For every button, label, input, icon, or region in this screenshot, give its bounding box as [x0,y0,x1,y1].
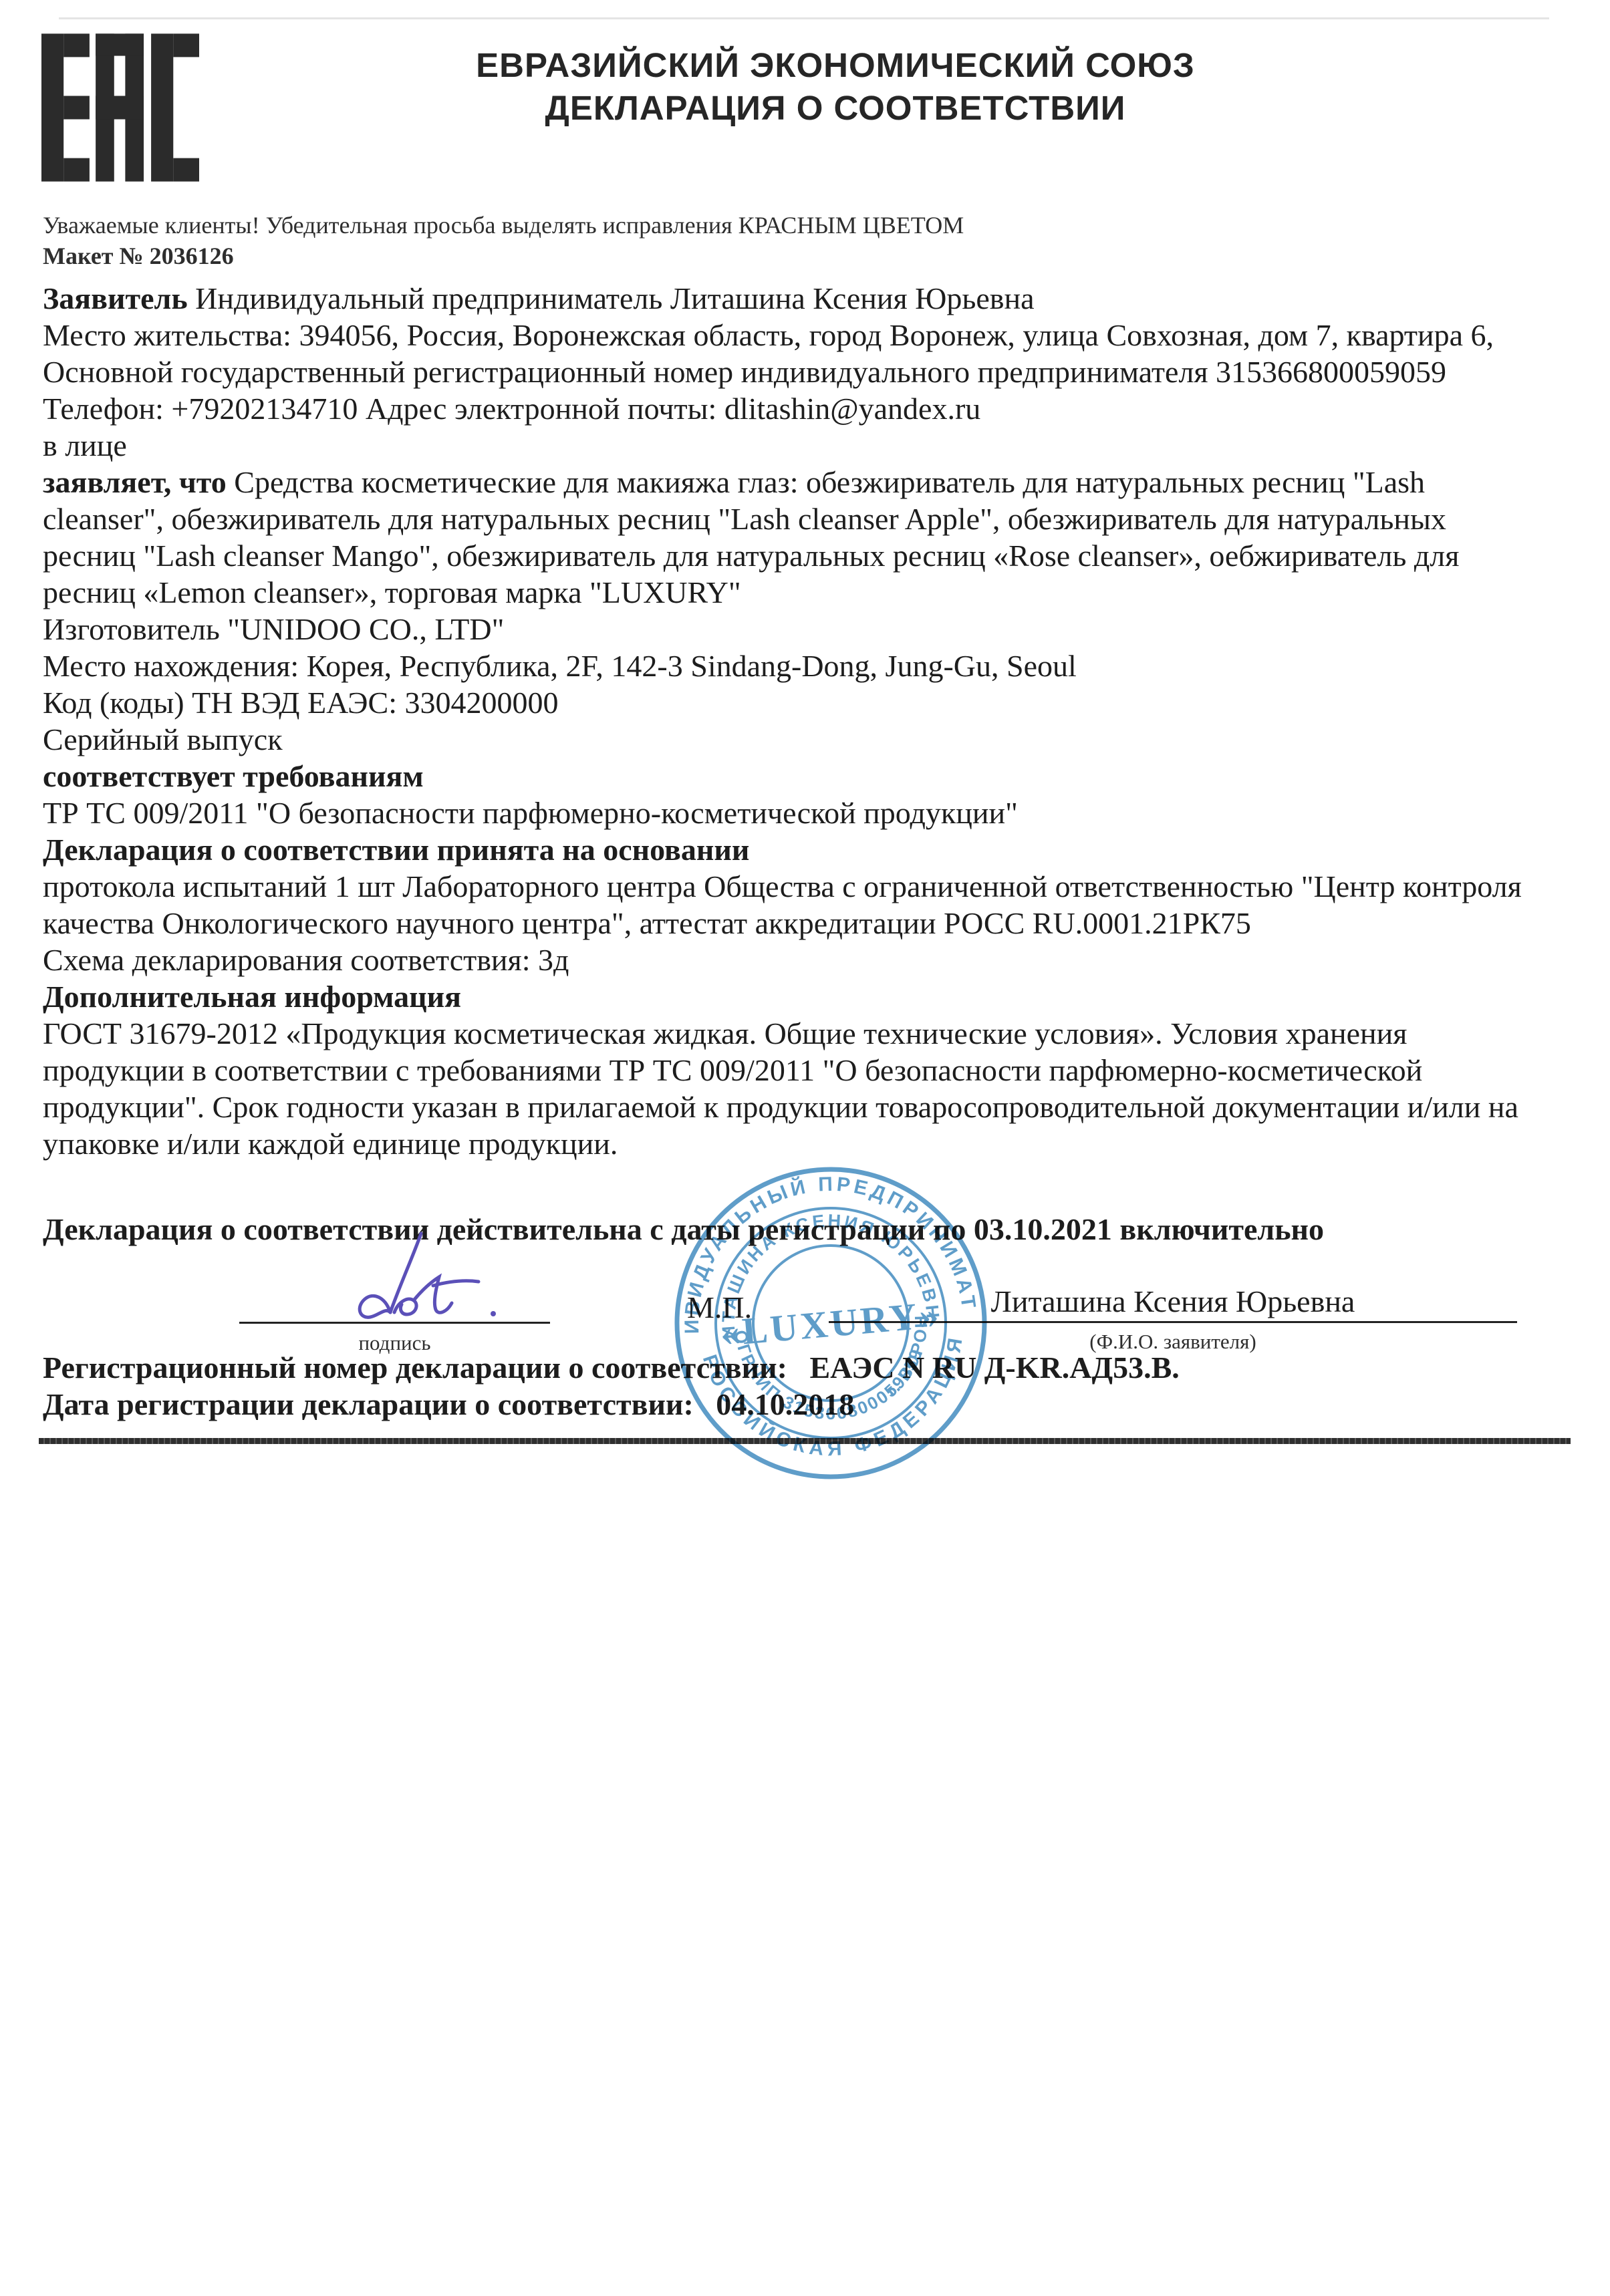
document-line: Код (коды) ТН ВЭД ЕАЭС: 3304200000 [43,684,1573,721]
document-line-segment: Средства косметические для макияжа глаз:… [227,465,1425,499]
notice-block: Уважаемые клиенты! Убедительная просьба … [43,210,964,271]
stamp-icon: ИНДИВИДУАЛЬНЫЙ ПРЕДПРИНИМАТЕЛЬ РОССИЙСКА… [657,1149,1004,1497]
document-line-segment: качества Онкологического научного центра… [43,906,1251,940]
document-line: Серийный выпуск [43,721,1573,758]
document-line-segment: Телефон: +79202134710 Адрес электронной … [43,392,980,426]
document-line: Телефон: +79202134710 Адрес электронной … [43,390,1573,427]
document-line: ресниц «Lemon cleanser», торговая марка … [43,574,1573,611]
document-line: ТР ТС 009/2011 "О безопасности парфюмерн… [43,795,1573,831]
document-line-segment: Код (коды) ТН ВЭД ЕАЭС: 3304200000 [43,686,559,720]
document-line-bold-segment: заявляет, что [43,465,227,499]
document-line-bold-segment: Дополнительная информация [43,980,461,1014]
document-line: cleanser", обезжириватель для натуральны… [43,500,1573,537]
document-line-segment: Серийный выпуск [43,722,283,756]
document-line-segment: ресниц "Lash cleanser Mango", обезжирива… [43,539,1459,573]
document-line: продукции в соответствии с требованиями … [43,1052,1573,1089]
document-line-bold-segment: Декларация о соответствии принята на осн… [43,833,749,867]
document-line: соответствует требованиям [43,758,1573,795]
document-line: Схема декларирования соответствия: 3д [43,942,1573,978]
eac-logo-icon [41,28,199,187]
registration-date-label: Дата регистрации декларации о соответств… [43,1387,694,1421]
document-line-bold-segment: соответствует требованиям [43,759,424,793]
document-line-segment: Изготовитель "UNIDOO CO., LTD" [43,612,504,646]
document-line-segment: ресниц «Lemon cleanser», торговая марка … [43,575,741,609]
scan-artifact-line [59,17,1549,19]
document-line-segment: Место нахождения: Корея, Республика, 2F,… [43,649,1077,683]
signature-icon [321,1228,575,1328]
document-line: протокола испытаний 1 шт Лабораторного ц… [43,868,1573,905]
document-line-segment: Схема декларирования соответствия: 3д [43,943,569,977]
header-union-title: ЕВРАЗИЙСКИЙ ЭКОНОМИЧЕСКИЙ СОЮЗ [401,44,1270,87]
header-doc-title: ДЕКЛАРАЦИЯ О СООТВЕТСТВИИ [401,87,1270,130]
document-page: ЕВРАЗИЙСКИЙ ЭКОНОМИЧЕСКИЙ СОЮЗ ДЕКЛАРАЦИ… [0,0,1610,2296]
document-line-segment: упаковке и/или каждой единице продукции. [43,1127,618,1161]
document-line: ГОСТ 31679-2012 «Продукция косметическая… [43,1015,1573,1052]
document-line-segment: протокола испытаний 1 шт Лабораторного ц… [43,869,1522,903]
document-line: Место нахождения: Корея, Республика, 2F,… [43,648,1573,684]
document-line-segment: Индивидуальный предприниматель Литашина … [188,281,1035,315]
document-line: ресниц "Lash cleanser Mango", обезжирива… [43,537,1573,574]
document-line: Дополнительная информация [43,978,1573,1015]
document-line-segment: ТР ТС 009/2011 "О безопасности парфюмерн… [43,796,1018,830]
document-line: Заявитель Индивидуальный предприниматель… [43,280,1573,317]
document-line: Декларация о соответствии принята на осн… [43,831,1573,868]
document-line: в лице [43,427,1573,464]
document-line: Место жительства: 394056, Россия, Вороне… [43,317,1573,353]
document-line-segment: продукции в соответствии с требованиями … [43,1053,1422,1087]
document-line: качества Онкологического научного центра… [43,905,1573,942]
document-line: упаковке и/или каждой единице продукции. [43,1125,1573,1162]
notice-line: Уважаемые клиенты! Убедительная просьба … [43,210,964,241]
document-line-segment: продукции". Срок годности указан в прила… [43,1090,1518,1124]
document-line: Изготовитель "UNIDOO CO., LTD" [43,611,1573,648]
header: ЕВРАЗИЙСКИЙ ЭКОНОМИЧЕСКИЙ СОЮЗ ДЕКЛАРАЦИ… [401,44,1270,130]
document-line-segment: cleanser", обезжириватель для натуральны… [43,502,1446,536]
document-line: продукции". Срок годности указан в прила… [43,1089,1573,1125]
declaration-body: Заявитель Индивидуальный предприниматель… [43,280,1573,1162]
registration-number-row: Регистрационный номер декларации о соотв… [43,1350,1180,1385]
document-line-segment: в лице [43,428,127,462]
signature-line [239,1322,550,1324]
document-line-segment: ГОСТ 31679-2012 «Продукция косметическая… [43,1016,1407,1050]
document-line: заявляет, что Средства косметические для… [43,464,1573,500]
maket-number: Макет № 2036126 [43,241,964,271]
document-line-segment: Место жительства: 394056, Россия, Вороне… [43,318,1494,352]
document-line-bold-segment: Заявитель [43,281,188,315]
document-line-segment: Основной государственный регистрационный… [43,355,1446,389]
document-line: Основной государственный регистрационный… [43,353,1573,390]
